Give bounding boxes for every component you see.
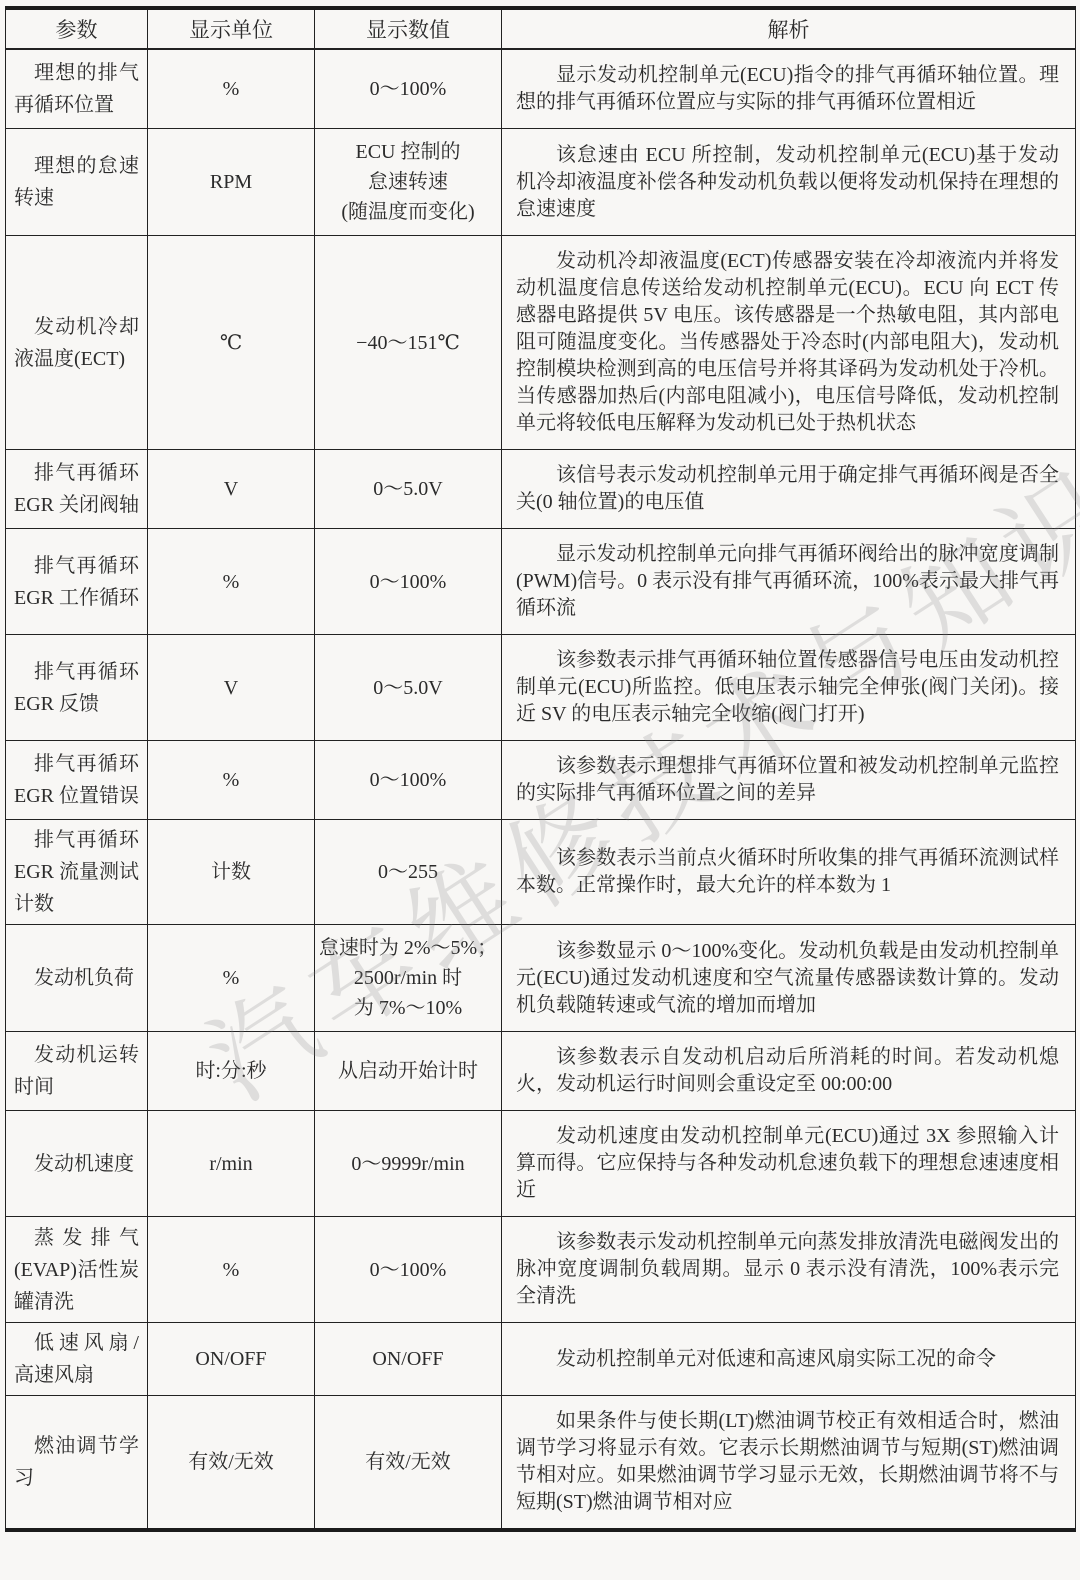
table-row: 发动机冷却液温度(ECT) ℃ −40～151℃ 发动机冷却液温度(ECT)传感… — [6, 236, 1076, 450]
cell-analysis: 如果条件与使长期(LT)燃油调节校正有效相适合时，燃油调节学习将显示有效。它表示… — [502, 1396, 1076, 1531]
cell-display-unit: ON/OFF — [148, 1323, 315, 1396]
cell-display-value: 0～100% — [315, 529, 502, 635]
cell-display-value: 0～9999r/min — [315, 1111, 502, 1217]
cell-analysis: 该参数显示 0～100%变化。发动机负载是由发动机控制单元(ECU)通过发动机速… — [502, 925, 1076, 1032]
header-row: 参数 显示单位 显示数值 解析 — [6, 8, 1076, 49]
cell-parameter: 发动机冷却液温度(ECT) — [6, 236, 148, 450]
cell-parameter: 发动机负荷 — [6, 925, 148, 1032]
cell-display-value: 0～5.0V — [315, 450, 502, 529]
cell-display-unit: V — [148, 450, 315, 529]
cell-display-unit: ℃ — [148, 236, 315, 450]
cell-parameter: 排气再循环 EGR 位置错误 — [6, 741, 148, 820]
cell-display-unit: % — [148, 925, 315, 1032]
table-row: 排气再循环 EGR 关闭阀轴 V 0～5.0V 该信号表示发动机控制单元用于确定… — [6, 450, 1076, 529]
header-unit: 显示单位 — [148, 8, 315, 49]
cell-parameter: 蒸发排气(EVAP)活性炭罐清洗 — [6, 1217, 148, 1323]
cell-analysis: 该信号表示发动机控制单元用于确定排气再循环阀是否全关(0 轴位置)的电压值 — [502, 450, 1076, 529]
cell-display-unit: 时:分:秒 — [148, 1032, 315, 1111]
cell-display-value: ON/OFF — [315, 1323, 502, 1396]
cell-parameter: 低速风扇/高速风扇 — [6, 1323, 148, 1396]
cell-parameter: 排气再循环 EGR 关闭阀轴 — [6, 450, 148, 529]
cell-parameter: 排气再循环 EGR 反馈 — [6, 635, 148, 741]
cell-display-unit: % — [148, 1217, 315, 1323]
table-row: 排气再循环 EGR 流量测试计数 计数 0～255 该参数表示当前点火循环时所收… — [6, 820, 1076, 925]
cell-display-value: 0～100% — [315, 49, 502, 129]
cell-display-value: 有效/无效 — [315, 1396, 502, 1531]
header-param: 参数 — [6, 8, 148, 49]
cell-analysis: 该参数表示当前点火循环时所收集的排气再循环流测试样本数。正常操作时，最大允许的样… — [502, 820, 1076, 925]
cell-display-unit: V — [148, 635, 315, 741]
cell-display-unit: % — [148, 529, 315, 635]
table-row: 发动机负荷 % 怠速时为 2%～5%； 2500r/min 时 为 7%～10%… — [6, 925, 1076, 1032]
cell-display-value: 0～5.0V — [315, 635, 502, 741]
cell-display-value: 从启动开始计时 — [315, 1032, 502, 1111]
table-row: 理想的怠速转速 RPM ECU 控制的 怠速转速 (随温度而变化) 该怠速由 E… — [6, 129, 1076, 236]
table-row: 排气再循环 EGR 位置错误 % 0～100% 该参数表示理想排气再循环位置和被… — [6, 741, 1076, 820]
cell-display-value: ECU 控制的 怠速转速 (随温度而变化) — [315, 129, 502, 236]
parameter-table: 参数 显示单位 显示数值 解析 理想的排气再循环位置 % 0～100% 显示发动… — [5, 6, 1076, 1532]
cell-display-unit: 计数 — [148, 820, 315, 925]
cell-parameter: 发动机速度 — [6, 1111, 148, 1217]
table-row: 理想的排气再循环位置 % 0～100% 显示发动机控制单元(ECU)指令的排气再… — [6, 49, 1076, 129]
cell-display-value: 0～100% — [315, 1217, 502, 1323]
table-row: 发动机速度 r/min 0～9999r/min 发动机速度由发动机控制单元(EC… — [6, 1111, 1076, 1217]
cell-display-unit: RPM — [148, 129, 315, 236]
cell-display-unit: 有效/无效 — [148, 1396, 315, 1531]
cell-display-unit: % — [148, 741, 315, 820]
cell-analysis: 发动机速度由发动机控制单元(ECU)通过 3X 参照输入计算而得。它应保持与各种… — [502, 1111, 1076, 1217]
table-row: 低速风扇/高速风扇 ON/OFF ON/OFF 发动机控制单元对低速和高速风扇实… — [6, 1323, 1076, 1396]
cell-analysis: 发动机控制单元对低速和高速风扇实际工况的命令 — [502, 1323, 1076, 1396]
cell-analysis: 发动机冷却液温度(ECT)传感器安装在冷却液流内并将发动机温度信息传送给发动机控… — [502, 236, 1076, 450]
cell-analysis: 该参数表示排气再循环轴位置传感器信号电压由发动机控制单元(ECU)所监控。低电压… — [502, 635, 1076, 741]
table-row: 燃油调节学习 有效/无效 有效/无效 如果条件与使长期(LT)燃油调节校正有效相… — [6, 1396, 1076, 1531]
cell-analysis: 显示发动机控制单元(ECU)指令的排气再循环轴位置。理想的排气再循环位置应与实际… — [502, 49, 1076, 129]
cell-analysis: 该怠速由 ECU 所控制，发动机控制单元(ECU)基于发动机冷却液温度补偿各种发… — [502, 129, 1076, 236]
cell-parameter: 理想的怠速转速 — [6, 129, 148, 236]
cell-parameter: 发动机运转时间 — [6, 1032, 148, 1111]
cell-analysis: 该参数表示自发动机启动后所消耗的时间。若发动机熄火，发动机运行时间则会重设定至 … — [502, 1032, 1076, 1111]
scanned-page: 汽车维修技术与知识 参数 显示单位 显示数值 解析 理想的排气再循环位置 % 0… — [0, 0, 1080, 1580]
header-value: 显示数值 — [315, 8, 502, 49]
table-row: 蒸发排气(EVAP)活性炭罐清洗 % 0～100% 该参数表示发动机控制单元向蒸… — [6, 1217, 1076, 1323]
cell-parameter: 燃油调节学习 — [6, 1396, 148, 1531]
cell-display-value: −40～151℃ — [315, 236, 502, 450]
table-body: 理想的排气再循环位置 % 0～100% 显示发动机控制单元(ECU)指令的排气再… — [6, 49, 1076, 1530]
table-row: 排气再循环 EGR 工作循环 % 0～100% 显示发动机控制单元向排气再循环阀… — [6, 529, 1076, 635]
cell-parameter: 排气再循环 EGR 工作循环 — [6, 529, 148, 635]
table-row: 排气再循环 EGR 反馈 V 0～5.0V 该参数表示排气再循环轴位置传感器信号… — [6, 635, 1076, 741]
cell-analysis: 该参数表示发动机控制单元向蒸发排放清洗电磁阀发出的脉冲宽度调制负载周期。显示 0… — [502, 1217, 1076, 1323]
cell-display-value: 0～100% — [315, 741, 502, 820]
cell-parameter: 理想的排气再循环位置 — [6, 49, 148, 129]
cell-display-unit: % — [148, 49, 315, 129]
table-row: 发动机运转时间 时:分:秒 从启动开始计时 该参数表示自发动机启动后所消耗的时间… — [6, 1032, 1076, 1111]
cell-display-value: 怠速时为 2%～5%； 2500r/min 时 为 7%～10% — [315, 925, 502, 1032]
cell-display-value: 0～255 — [315, 820, 502, 925]
cell-analysis: 该参数表示理想排气再循环位置和被发动机控制单元监控的实际排气再循环位置之间的差异 — [502, 741, 1076, 820]
header-analysis: 解析 — [502, 8, 1076, 49]
cell-parameter: 排气再循环 EGR 流量测试计数 — [6, 820, 148, 925]
cell-display-unit: r/min — [148, 1111, 315, 1217]
cell-analysis: 显示发动机控制单元向排气再循环阀给出的脉冲宽度调制(PWM)信号。0 表示没有排… — [502, 529, 1076, 635]
